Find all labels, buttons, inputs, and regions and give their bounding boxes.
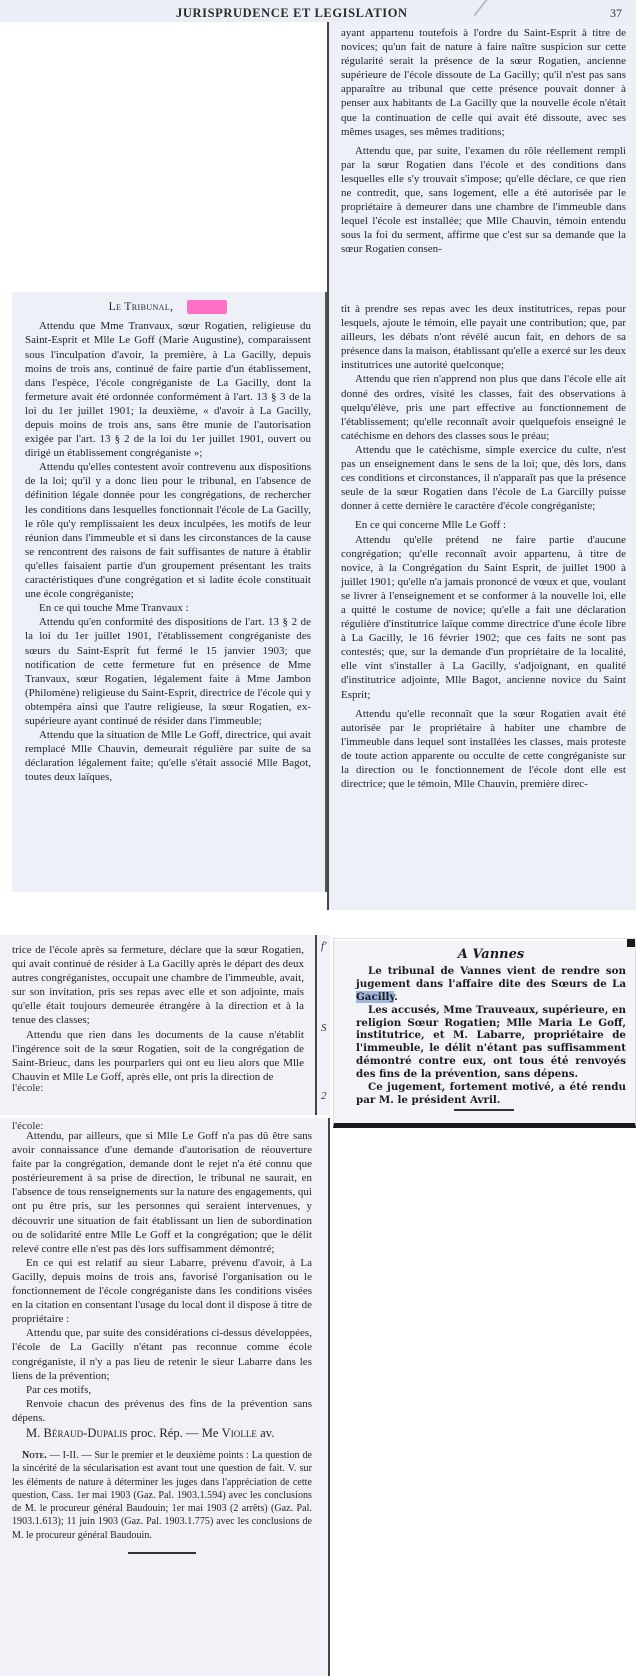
paragraph: Renvoie chacun des prévenus des fins de … xyxy=(12,1397,312,1425)
paragraph: trice de l'école après sa fermeture, déc… xyxy=(12,943,304,1028)
text: M. xyxy=(26,1426,44,1440)
right-column-middle: tit à prendre ses repas avec les deux in… xyxy=(327,300,636,910)
paragraph: Attendu que la situation de Mlle Le Goff… xyxy=(25,728,311,784)
paragraph: Le tribunal de Vannes vient de rendre so… xyxy=(356,965,626,1004)
paragraph: ayant appartenu toutefois à l'ordre du S… xyxy=(341,26,626,139)
running-title: JURISPRUDENCE ET LEGISLATION xyxy=(176,6,408,21)
subheading: En ce qui concerne Mlle Le Goff : xyxy=(341,518,626,532)
paragraph: Attendu que rien n'apprend non plus que … xyxy=(341,372,626,442)
paragraph: Attendu que Mme Tranvaux, sœur Rogatien,… xyxy=(25,319,311,460)
margin-notes: f' S 2 xyxy=(315,935,332,1115)
paragraph: Ce jugement, fortement motivé, a été ren… xyxy=(356,1081,626,1107)
margin-note: f' xyxy=(321,939,327,953)
note-text: — I-II. — Sur le premier et le deuxième … xyxy=(12,1450,312,1541)
divider xyxy=(334,939,636,941)
note-paragraph: Note. — I-II. — Sur le premier et le deu… xyxy=(12,1449,312,1542)
page-number: 37 xyxy=(610,6,622,21)
paragraph: Attendu qu'en conformité des disposition… xyxy=(25,615,311,728)
subheading: En ce qui touche Mme Tranvaux : xyxy=(25,601,311,615)
clipping-title: A Vannes xyxy=(356,949,626,962)
pencil-mark xyxy=(473,0,488,16)
prosecutor-name: Béraud-Dupalis xyxy=(44,1426,128,1440)
paragraph: Attendu que, par suite des considération… xyxy=(12,1326,312,1382)
vannes-news-clipping: A Vannes Le tribunal de Vannes vient de … xyxy=(333,938,636,1128)
highlighter-mark xyxy=(187,300,227,314)
paragraph: Attendu qu'elle prétend ne faire partie … xyxy=(341,533,626,702)
text: Le tribunal de Vannes vient de rendre so… xyxy=(356,965,626,990)
footnote: Note. — I-II. — Sur le premier et le deu… xyxy=(12,1449,312,1542)
paragraph: Attendu qu'elle reconnaît que la sœur Ro… xyxy=(341,707,626,792)
margin-note: 2 xyxy=(321,1089,327,1103)
paragraph: En ce qui est relatif au sieur Labarre, … xyxy=(12,1256,312,1326)
paragraph: Attendu que rien dans les documents de l… xyxy=(12,1028,304,1084)
paragraph: Attendu que, par suite, l'examen du rôle… xyxy=(341,144,626,257)
heading-text: Le Tribunal, xyxy=(109,301,174,313)
section-heading: Le Tribunal, xyxy=(25,300,311,314)
margin-note: S xyxy=(321,1021,327,1035)
text: proc. Rép. — Me xyxy=(127,1426,221,1440)
note-label: Note. xyxy=(22,1450,47,1461)
divider-rule xyxy=(454,1109,514,1111)
cut-line: l'école; xyxy=(12,1084,304,1091)
right-column-top: ayant appartenu toutefois à l'ordre du S… xyxy=(327,22,636,305)
paragraph: Attendu qu'elles contestent avoir contre… xyxy=(25,460,311,601)
signature-line: M. Béraud-Dupalis proc. Rép. — Me Violle… xyxy=(12,1425,312,1442)
text: . xyxy=(394,991,398,1003)
paragraph: Attendu, par ailleurs, que si Mlle Le Go… xyxy=(12,1129,312,1256)
lawyer-name: Violle xyxy=(222,1426,257,1440)
paragraph: tit à prendre ses repas avec les deux in… xyxy=(341,302,626,372)
paragraph: Les accusés, Mme Trauveaux, supérieure, … xyxy=(356,1004,626,1081)
text: av. xyxy=(257,1426,274,1440)
page-header: JURISPRUDENCE ET LEGISLATION 37 xyxy=(0,0,636,22)
paragraph: Attendu que le catéchisme, simple exerci… xyxy=(341,443,626,513)
end-rule xyxy=(128,1552,196,1554)
left-bottom-clip: trice de l'école après sa fermeture, déc… xyxy=(0,935,330,1115)
tribunal-section: Le Tribunal, Attendu que Mme Tranvaux, s… xyxy=(12,292,327,892)
cut-line: l'école; xyxy=(12,1122,312,1129)
paragraph: Par ces motifs, xyxy=(12,1383,312,1397)
left-bottom-continuation: l'école; Attendu, par ailleurs, que si M… xyxy=(0,1118,330,1676)
selected-text[interactable]: Gacilly xyxy=(356,991,394,1003)
corner-mark xyxy=(627,939,635,947)
